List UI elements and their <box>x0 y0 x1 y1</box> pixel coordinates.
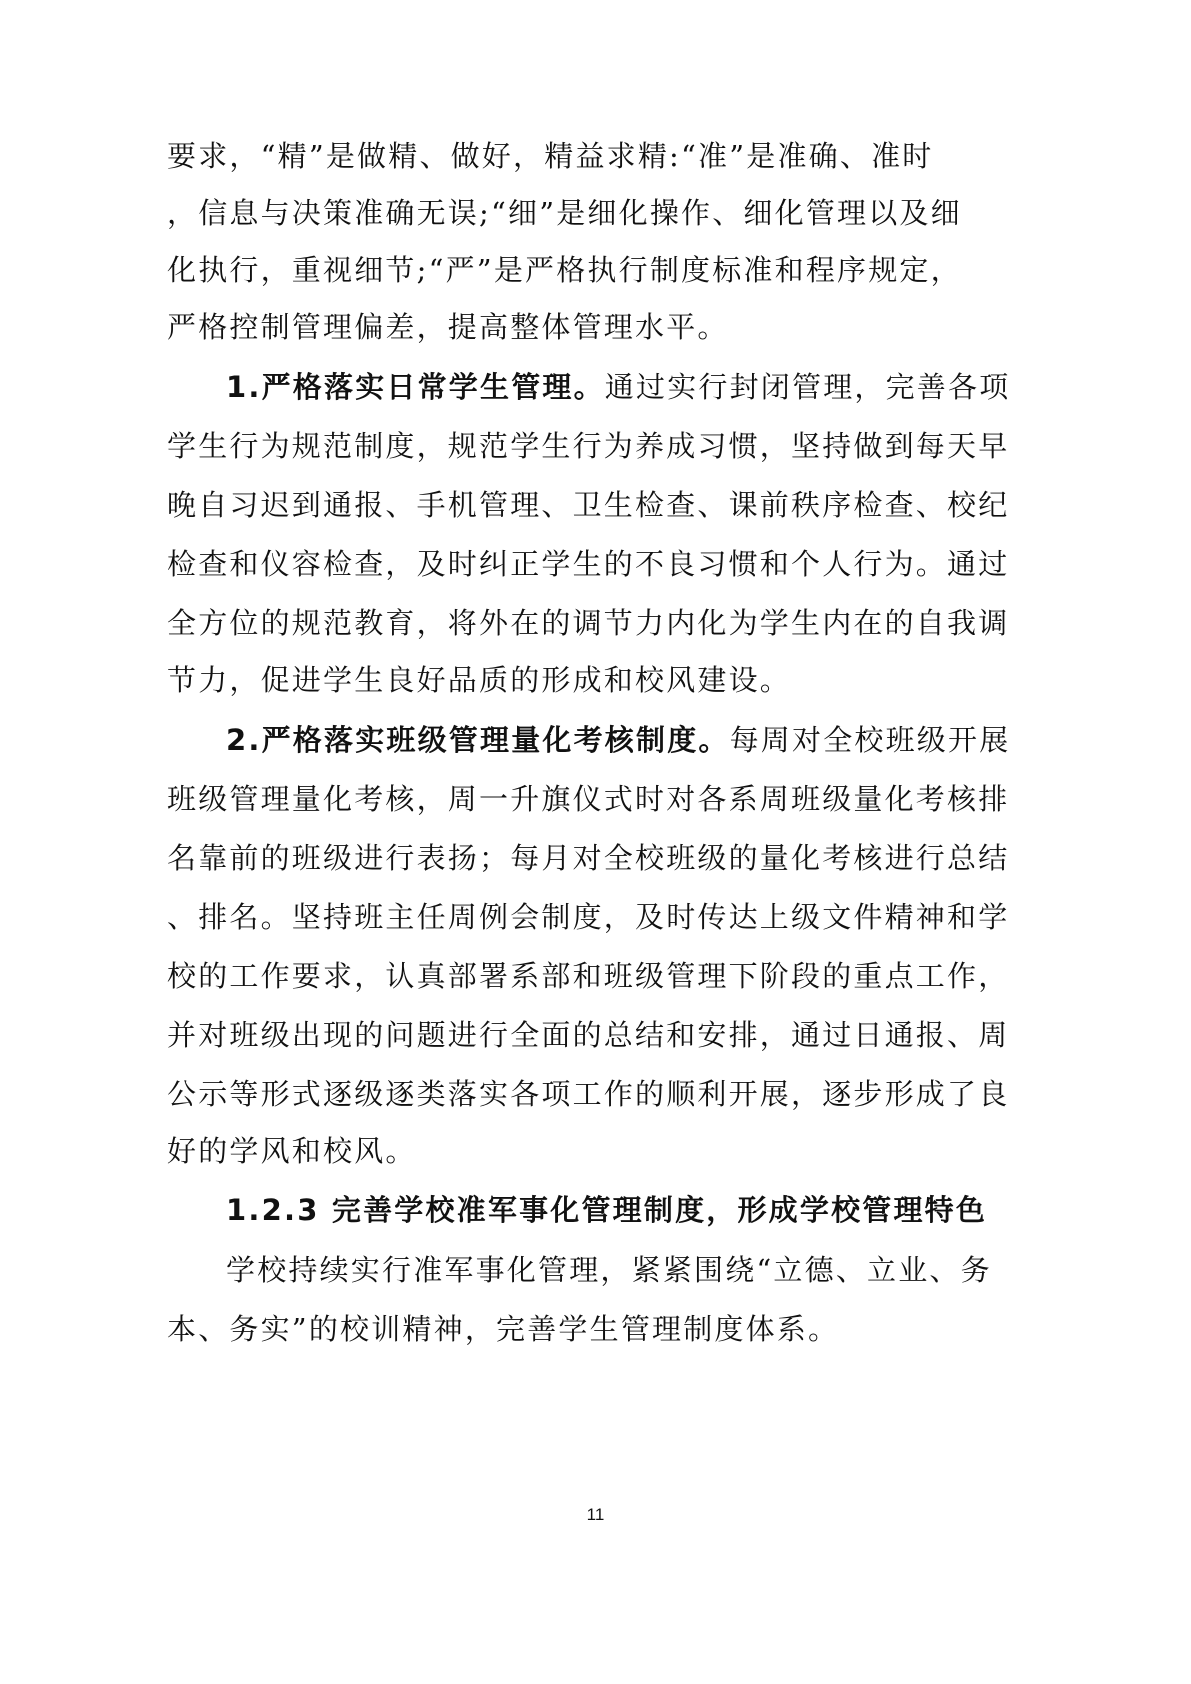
text-line: 全方位的规范教育，将外在的调节力内化为学生内在的自我调 <box>167 605 1047 641</box>
text-line: 并对班级出现的问题进行全面的总结和安排，通过日通报、周 <box>167 1017 1047 1053</box>
item-2-text: 每周对全校班级开展 <box>730 723 1011 757</box>
text-line: 、排名。坚持班主任周例会制度，及时传达上级文件精神和学 <box>167 899 1047 935</box>
text-line: 公示等形式逐级逐类落实各项工作的顺利开展，逐步形成了良 <box>167 1076 1047 1112</box>
text-line: 检查和仪容检查，及时纠正学生的不良习惯和个人行为。通过 <box>167 546 1047 582</box>
text-line: 学生行为规范制度，规范学生行为养成习惯，坚持做到每天早 <box>167 428 1047 464</box>
text-line: 校的工作要求，认真部署系部和班级管理下阶段的重点工作， <box>167 958 1047 994</box>
item-1-first-line: 1.严格落实日常学生管理。通过实行封闭管理，完善各项 <box>226 369 1106 405</box>
text-line: 化执行，重视细节;“严”是严格执行制度标准和程序规定， <box>167 252 1047 288</box>
text-line: 节力，促进学生良好品质的形成和校风建设。 <box>167 662 1047 698</box>
text-line: 班级管理量化考核，周一升旗仪式时对各系周班级量化考核排 <box>167 781 1047 817</box>
item-1-text: 通过实行封闭管理，完善各项 <box>605 370 1011 404</box>
section-heading: 1.2.3 完善学校准军事化管理制度，形成学校管理特色 <box>226 1192 1106 1228</box>
item-2-heading: 2.严格落实班级管理量化考核制度。 <box>226 723 730 757</box>
text-line: ，信息与决策准确无误;“细”是细化操作、细化管理以及细 <box>167 195 1047 231</box>
document-page: 要求，“精”是做精、做好，精益求精:“准”是准确、准时 ，信息与决策准确无误;“… <box>0 0 1191 1684</box>
text-line: 要求，“精”是做精、做好，精益求精:“准”是准确、准时 <box>167 138 1047 174</box>
text-line: 好的学风和校风。 <box>167 1133 1047 1169</box>
text-line: 本、务实”的校训精神，完善学生管理制度体系。 <box>167 1311 1047 1347</box>
item-1-heading: 1.严格落实日常学生管理。 <box>226 370 605 404</box>
page-number: 11 <box>0 1505 1191 1525</box>
text-line: 晚自习迟到通报、手机管理、卫生检查、课前秩序检查、校纪 <box>167 487 1047 523</box>
text-line: 学校持续实行准军事化管理，紧紧围绕“立德、立业、务 <box>226 1252 1106 1288</box>
text-line: 严格控制管理偏差，提高整体管理水平。 <box>167 309 1047 345</box>
text-line: 名靠前的班级进行表扬；每月对全校班级的量化考核进行总结 <box>167 840 1047 876</box>
item-2-first-line: 2.严格落实班级管理量化考核制度。每周对全校班级开展 <box>226 722 1106 758</box>
